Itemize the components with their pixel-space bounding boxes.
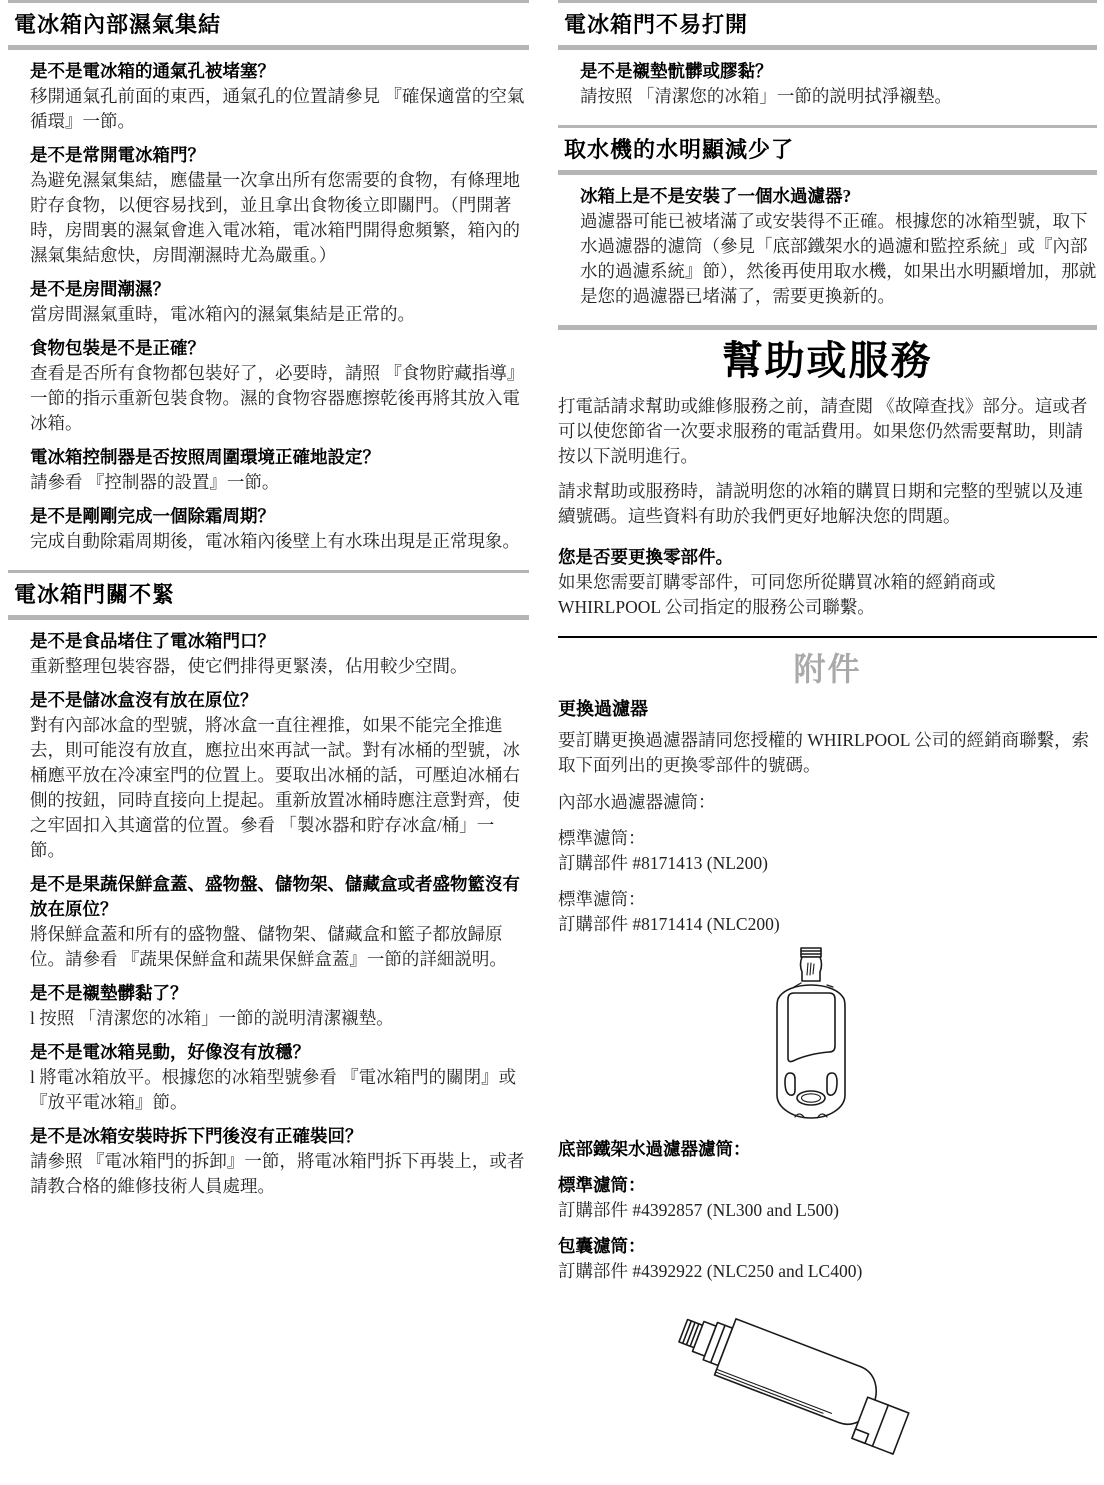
qa-item: 是不是襯墊髒黏了？ l 按照 「清潔您的冰箱」一節的説明清潔襯墊。 [30,981,529,1031]
part-label: 標準濾筒： [558,1173,1097,1198]
qa-item: 食物包裝是不是正確？ 查看是否所有食物都包裝好了，必要時，請照 『食物貯藏指導』… [30,336,529,436]
qa-item: 是不是儲冰盒沒有放在原位？ 對有內部冰盒的型號，將冰盒一直往裡推，如果不能完全推… [30,688,529,863]
left-column: 電冰箱內部濕氣集結 是不是電冰箱的通氣孔被堵塞？ 移開通氣孔前面的東西，通氣孔的… [8,0,529,1199]
answer: 移開通氣孔前面的東西，通氣孔的位置請參見 『確保適當的空氣循環』一節。 [30,84,529,134]
help-section-rule [558,325,1097,330]
answer: 將保鮮盒蓋和所有的盛物盤、儲物架、儲藏盒和籃子都放歸原位。請參看 『蔬果保鮮盒和… [30,922,529,972]
replace-parts-subhead: 您是否要更換零部件。 [558,545,1097,570]
answer: 重新整理包裝容器，使它們排得更緊湊，佔用較少空間。 [30,654,529,679]
right-column: 電冰箱門不易打開 是不是襯墊骯髒或膠黏？ 請按照 「清潔您的冰箱」一節的説明拭淨… [558,0,1097,1462]
manual-page: 電冰箱內部濕氣集結 是不是電冰箱的通氣孔被堵塞？ 移開通氣孔前面的東西，通氣孔的… [0,0,1104,1485]
section-rule-bottom [8,45,529,50]
replace-filter-body: 要訂購更換過濾器請同您授權的 WHIRLPOOL 公司的經銷商聯繫，索取下面列出… [558,728,1097,778]
answer: l 按照 「清潔您的冰箱」一節的説明清潔襯墊。 [30,1006,529,1031]
question: 是不是電冰箱晃動，好像沒有放穩？ [30,1040,529,1065]
answer: 完成自動除霜周期後，電冰箱內後壁上有水珠出現是正常現象。 [30,529,529,554]
section-title: 取水機的水明顯減少了 [558,128,1097,170]
question: 是不是果蔬保鮮盒蓋、盛物盤、儲物架、儲藏盒或者盛物籃沒有放在原位？ [30,872,529,922]
answer: 當房間濕氣重時，電冰箱內的濕氣集結是正常的。 [30,302,529,327]
qa-item: 是不是常開電冰箱門？ 為避免濕氣集結，應儘量一次拿出所有您需要的食物，有條理地貯… [30,143,529,268]
answer: 查看是否所有食物都包裝好了，必要時，請照 『食物貯藏指導』一節的指示重新包裝食物… [30,361,529,436]
section-title: 電冰箱門關不緊 [8,573,529,615]
question: 是不是電冰箱的通氣孔被堵塞？ [30,59,529,84]
replace-parts-body: 如果您需要訂購零部件，可同您所從購買冰箱的經銷商或 WHIRLPOOL 公司指定… [558,570,1097,620]
section-rule-bottom [8,615,529,620]
section-header-door-hard-to-open: 電冰箱門不易打開 [558,0,1097,50]
qa-item: 是不是食品堵住了電冰箱門口？ 重新整理包裝容器，使它們排得更緊湊，佔用較少空間。 [30,629,529,679]
help-paragraph: 請求幫助或服務時，請説明您的冰箱的購買日期和完整的型號以及連續號碼。這些資料有助… [558,479,1097,529]
base-grille-filter-heading: 底部鐵架水過濾器濾筒： [558,1137,1097,1162]
section-header-door-not-tight: 電冰箱門關不緊 [8,570,529,620]
question: 食物包裝是不是正確？ [30,336,529,361]
question: 是不是襯墊髒黏了？ [30,981,529,1006]
qa-item: 是不是果蔬保鮮盒蓋、盛物盤、儲物架、儲藏盒或者盛物籃沒有放在原位？ 將保鮮盒蓋和… [30,872,529,972]
answer: 對有內部冰盒的型號，將冰盒一直往裡推，如果不能完全推進去，則可能沒有放直，應拉出… [30,713,529,863]
accessories-title: 附件 [558,650,1097,688]
qa-item: 冰箱上是不是安裝了一個水過濾器? 過濾器可能已被堵滿了或安裝得不正確。根據您的冰… [580,184,1097,309]
qa-item: 是不是電冰箱晃動，好像沒有放穩？ l 將電冰箱放平。根據您的冰箱型號參看 『電冰… [30,1040,529,1115]
question: 電冰箱控制器是否按照周圍環境正確地設定？ [30,445,529,470]
base-grille-water-filter-cartridge-illustration [668,1294,1097,1462]
section-title: 電冰箱門不易打開 [558,3,1097,45]
question: 是不是房間潮濕？ [30,277,529,302]
question: 是不是常開電冰箱門？ [30,143,529,168]
internal-filter-heading: 內部水過濾器濾筒： [558,790,1097,815]
question: 是不是冰箱安裝時拆下門後沒有正確裝回？ [30,1124,529,1149]
question: 是不是儲冰盒沒有放在原位？ [30,688,529,713]
internal-water-filter-cartridge-illustration [758,945,1097,1125]
qa-item: 是不是冰箱安裝時拆下門後沒有正確裝回？ 請參照 『電冰箱門的拆卸』一節，將電冰箱… [30,1124,529,1199]
answer: 請參看 『控制器的設置』一節。 [30,470,529,495]
qa-item: 電冰箱控制器是否按照周圍環境正確地設定？ 請參看 『控制器的設置』一節。 [30,445,529,495]
question: 是不是剛剛完成一個除霜周期？ [30,504,529,529]
help-service-title: 幫助或服務 [558,338,1097,384]
question: 冰箱上是不是安裝了一個水過濾器? [580,184,1097,209]
replace-filter-heading: 更換過濾器 [558,696,1097,722]
section-header-moisture: 電冰箱內部濕氣集結 [8,0,529,50]
part-number: 訂購部件 #8171414 (NLC200) [558,912,1097,937]
help-paragraph: 打電話請求幫助或維修服務之前，請查閲 《故障查找》部分。這或者可以使您節省一次要… [558,394,1097,469]
answer: 為避免濕氣集結，應儘量一次拿出所有您需要的食物，有條理地貯存食物，以便容易找到，… [30,168,529,268]
question: 是不是襯墊骯髒或膠黏？ [580,59,1097,84]
qa-item: 是不是剛剛完成一個除霜周期？ 完成自動除霜周期後，電冰箱內後壁上有水珠出現是正常… [30,504,529,554]
part-number: 訂購部件 #4392922 (NLC250 and LC400) [558,1259,1097,1284]
answer: l 將電冰箱放平。根據您的冰箱型號參看 『電冰箱門的關閉』或 『放平電冰箱』節。 [30,1065,529,1115]
section-header-dispenser-water-decreased: 取水機的水明顯減少了 [558,125,1097,175]
accessories-section-rule [558,636,1097,638]
section-title: 電冰箱內部濕氣集結 [8,3,529,45]
answer: 過濾器可能已被堵滿了或安裝得不正確。根據您的冰箱型號，取下水過濾器的濾筒（參見「… [580,209,1097,309]
part-label: 標準濾筒： [558,826,1097,851]
part-label: 包囊濾筒： [558,1234,1097,1259]
section-rule-bottom [558,45,1097,50]
qa-item: 是不是房間潮濕？ 當房間濕氣重時，電冰箱內的濕氣集結是正常的。 [30,277,529,327]
answer: 請參照 『電冰箱門的拆卸』一節，將電冰箱門拆下再裝上，或者請教合格的維修技術人員… [30,1149,529,1199]
section-rule-bottom [558,170,1097,175]
question: 是不是食品堵住了電冰箱門口？ [30,629,529,654]
part-number: 訂購部件 #4392857 (NL300 and L500) [558,1198,1097,1223]
part-number: 訂購部件 #8171413 (NL200) [558,851,1097,876]
answer: 請按照 「清潔您的冰箱」一節的説明拭淨襯墊。 [580,84,1097,109]
qa-item: 是不是電冰箱的通氣孔被堵塞？ 移開通氣孔前面的東西，通氣孔的位置請參見 『確保適… [30,59,529,134]
part-label: 標準濾筒： [558,887,1097,912]
qa-item: 是不是襯墊骯髒或膠黏？ 請按照 「清潔您的冰箱」一節的説明拭淨襯墊。 [580,59,1097,109]
